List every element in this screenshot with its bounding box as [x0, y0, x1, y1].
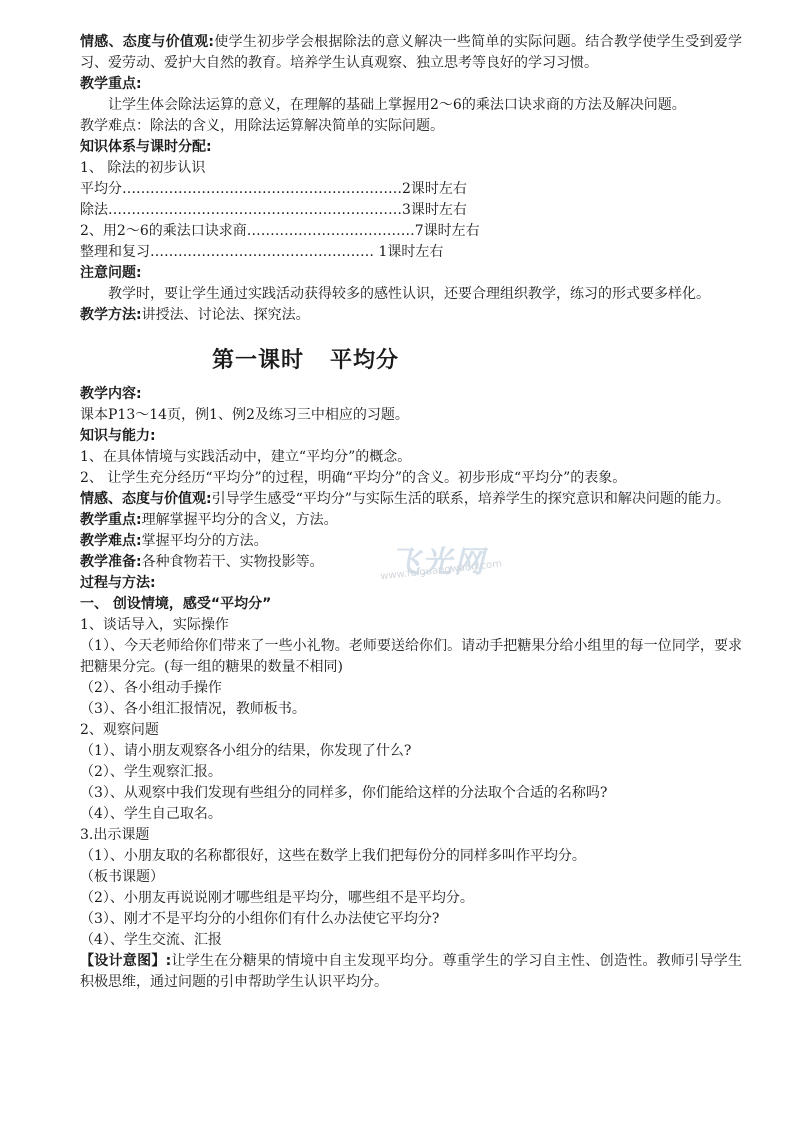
lesson-difficulty-text: 掌握平均分的方法。 — [142, 533, 268, 549]
notice-label: 注意问题: — [80, 263, 742, 284]
schedule-item-text: 除法 — [80, 202, 108, 218]
design-intent-text: 让学生在分糖果的情境中自主发现平均分。尊重学生的学习自主性、创造性。教师引导学生… — [80, 953, 742, 990]
method-label: 教学方法: — [80, 307, 142, 323]
step-1: 1、谈话导入，实际操作 （1）、今天老师给你们带来了一些小礼物。老师要送给你们。… — [80, 615, 742, 720]
schedule-item-text: 1、 除法的初步认识 — [80, 160, 205, 176]
lesson-prep-text: 各种食物若干、实物投影等。 — [142, 554, 324, 570]
intro-difficulty-text: 教学难点：除法的含义，用除法运算解决简单的实际问题。 — [80, 116, 742, 137]
step-item: （2）、小朋友再说说刚才哪些组是平均分，哪些组不是平均分。 — [80, 888, 742, 909]
lesson-emotion-paragraph: 情感、态度与价值观:引导学生感受“平均分”与实际生活的联系，培养学生的探究意识和… — [80, 489, 742, 510]
lesson-title-number: 第一课时 — [212, 348, 304, 373]
step-item: （3）、各小组汇报情况，教师板书。 — [80, 699, 742, 720]
step-item: （2）、学生观察汇报。 — [80, 762, 742, 783]
intro-focus-text: 让学生体会除法运算的意义，在理解的基础上掌握用2～6的乘法口诀求商的方法及解决问… — [80, 95, 742, 116]
document-page: 情感、态度与价值观:使学生初步学会根据除法的意义解决一些简单的实际问题。结合教学… — [80, 32, 742, 993]
step-item: （3）、刚才不是平均分的小组你们有什么办法使它平均分? — [80, 909, 742, 930]
schedule-item-text: 平均分 — [80, 181, 122, 197]
process-label: 过程与方法: — [80, 573, 742, 594]
step-item: （板书课题） — [80, 867, 742, 888]
step-heading: 3.出示课题 — [80, 825, 742, 846]
section-1-title: 一、 创设情境，感受“平均分” — [80, 594, 742, 615]
step-item: （3）、从观察中我们发现有些组分的同样多，你们能给这样的分法取个合适的名称吗? — [80, 783, 742, 804]
intro-emotion-label: 情感、态度与价值观: — [80, 34, 214, 50]
schedule-item-hours: 1课时左右 — [378, 244, 443, 260]
schedule-item-text: 2、用2～6的乘法口诀求商 — [80, 223, 247, 239]
lesson-emotion-label: 情感、态度与价值观: — [80, 491, 212, 507]
lesson-emotion-text: 引导学生感受“平均分”与实际生活的联系，培养学生的探究意识和解决问题的能力。 — [212, 491, 730, 507]
step-3: 3.出示课题 （1）、小朋友取的名称都很好，这些在数学上我们把每份分的同样多叫作… — [80, 825, 742, 951]
step-item: （4）、学生自己取名。 — [80, 804, 742, 825]
lesson-focus-text: 理解掌握平均分的含义，方法。 — [142, 512, 338, 528]
lesson-prep-label: 教学准备: — [80, 554, 142, 570]
content-text: 课本P13～14页，例1、例2及练习三中相应的习题。 — [80, 405, 742, 426]
schedule-item-hours: 3课时左右 — [402, 202, 467, 218]
design-intent-paragraph: 【设计意图】:让学生在分糖果的情境中自主发现平均分。尊重学生的学习自主性、创造性… — [80, 951, 742, 993]
intro-emotion-paragraph: 情感、态度与价值观:使学生初步学会根据除法的意义解决一些简单的实际问题。结合教学… — [80, 32, 742, 74]
knowledge-system-label: 知识体系与课时分配: — [80, 137, 742, 158]
schedule-row: 除法………………………………………………………3课时左右 — [80, 200, 742, 221]
method-paragraph: 教学方法:讲授法、讨论法、探究法。 — [80, 305, 742, 326]
step-heading: 2、观察问题 — [80, 720, 742, 741]
step-item: （4）、学生交流、汇报 — [80, 930, 742, 951]
schedule-row: 整理和复习………………………………………… 1课时左右 — [80, 242, 742, 263]
ability-item: 2、 让学生充分经历“平均分”的过程，明确“平均分”的含义。初步形成“平均分”的… — [80, 468, 742, 489]
step-2: 2、观察问题 （1）、请小朋友观察各小组分的结果，你发现了什么? （2）、学生观… — [80, 720, 742, 825]
leader-dots: …………………………………………………… — [122, 181, 402, 197]
leader-dots: ………………………………………… — [150, 244, 378, 260]
notice-text: 教学时，要让学生通过实践活动获得较多的感性认识，还要合理组织教学，练习的形式要多… — [80, 284, 742, 305]
schedule-row: 平均分……………………………………………………2课时左右 — [80, 179, 742, 200]
ability-label: 知识与能力: — [80, 426, 742, 447]
schedule-list: 1、 除法的初步认识 平均分……………………………………………………2课时左右 … — [80, 158, 742, 263]
lesson-focus-paragraph: 教学重点:理解掌握平均分的含义，方法。 — [80, 510, 742, 531]
lesson-prep-paragraph: 教学准备:各种食物若干、实物投影等。 — [80, 552, 742, 573]
lesson-difficulty-paragraph: 教学难点:掌握平均分的方法。 — [80, 531, 742, 552]
step-item: （2）、各小组动手操作 — [80, 678, 742, 699]
schedule-row: 1、 除法的初步认识 — [80, 158, 742, 179]
ability-item: 1、在具体情境与实践活动中，建立“平均分”的概念。 — [80, 447, 742, 468]
step-item: （1）、请小朋友观察各小组分的结果，你发现了什么? — [80, 741, 742, 762]
lesson-title-topic: 平均分 — [330, 348, 399, 373]
schedule-item-text: 整理和复习 — [80, 244, 150, 260]
schedule-item-hours: 2课时左右 — [402, 181, 467, 197]
step-item: （1）、小朋友取的名称都很好，这些在数学上我们把每份分的同样多叫作平均分。 — [80, 846, 742, 867]
content-label: 教学内容: — [80, 384, 742, 405]
lesson-difficulty-label: 教学难点: — [80, 533, 142, 549]
lesson-title: 第一课时平均分 — [80, 346, 742, 376]
step-item: （1）、今天老师给你们带来了一些小礼物。老师要送给你们。请动手把糖果分给小组里的… — [80, 636, 742, 678]
schedule-row: 2、用2～6的乘法口诀求商………………………………7课时左右 — [80, 221, 742, 242]
step-heading: 1、谈话导入，实际操作 — [80, 615, 742, 636]
method-text: 讲授法、讨论法、探究法。 — [142, 307, 310, 323]
schedule-item-hours: 7课时左右 — [415, 223, 480, 239]
lesson-focus-label: 教学重点: — [80, 512, 142, 528]
design-intent-label: 【设计意图】: — [80, 953, 171, 969]
leader-dots: ……………………………… — [247, 223, 415, 239]
intro-focus-label: 教学重点: — [80, 74, 742, 95]
leader-dots: ……………………………………………………… — [108, 202, 402, 218]
